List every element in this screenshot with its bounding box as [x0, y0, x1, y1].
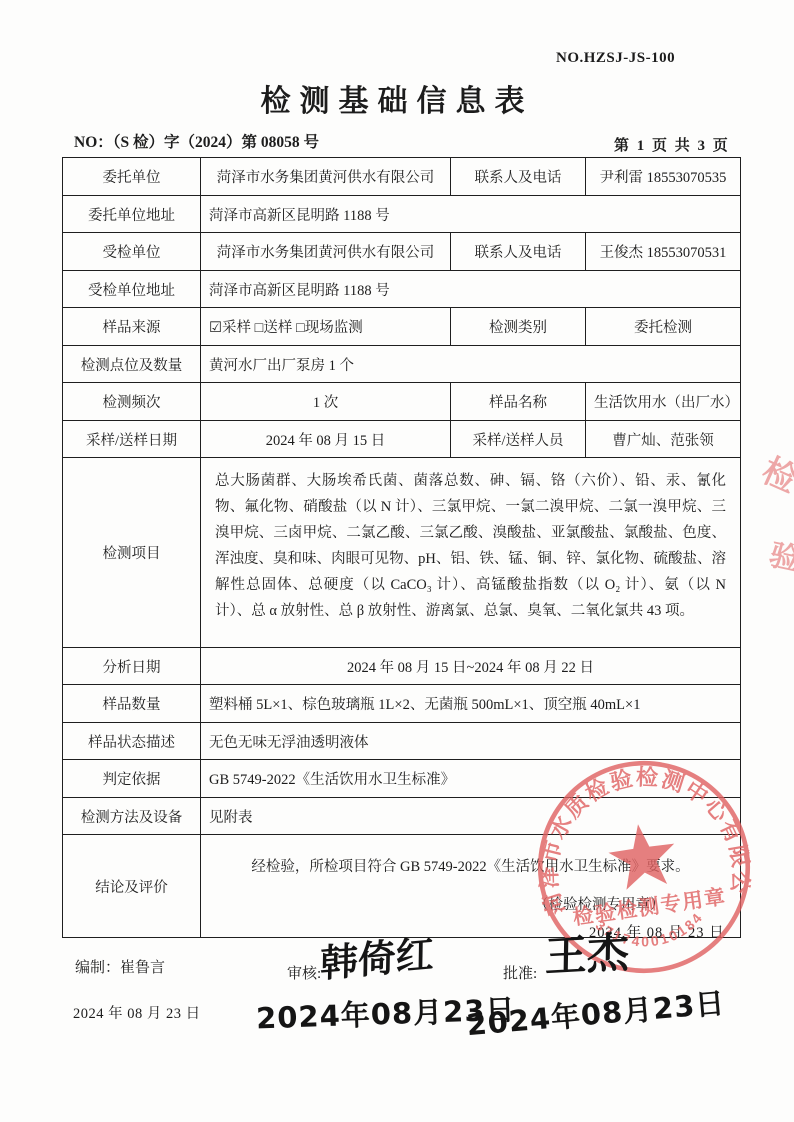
frequency-value: 1 次: [201, 383, 451, 421]
review-signature: 韩倚红: [320, 923, 435, 988]
table-row: 委托单位地址 菏泽市高新区昆明路 1188 号: [63, 196, 741, 233]
sampling-date-value: 2024 年 08 月 15 日: [201, 421, 451, 458]
sample-source-checkboxes: ☑采样 □送样 □现场监测: [201, 308, 451, 346]
info-table: 委托单位 菏泽市水务集团黄河供水有限公司 联系人及电话 尹利雷 18553070…: [62, 157, 741, 938]
approve-label: 批准:: [503, 962, 537, 983]
table-row: 样品来源 ☑采样 □送样 □现场监测 检测类别 委托检测: [63, 308, 741, 346]
table-row: 样品数量 塑料桶 5L×1、棕色玻璃瓶 1L×2、无菌瓶 500mL×1、顶空瓶…: [63, 685, 741, 723]
inspected-unit-value: 菏泽市水务集团黄河供水有限公司: [201, 233, 451, 271]
sample-name-label: 样品名称: [451, 383, 586, 421]
inspected-addr-value: 菏泽市高新区昆明路 1188 号: [201, 271, 741, 308]
table-row: 委托单位 菏泽市水务集团黄河供水有限公司 联系人及电话 尹利雷 18553070…: [63, 158, 741, 196]
test-items-value: 总大肠菌群、大肠埃希氏菌、菌落总数、砷、镉、铬（六价）、铅、汞、氰化物、氟化物、…: [201, 458, 741, 648]
method-equip-label: 检测方法及设备: [63, 798, 201, 835]
contact1-value: 尹利雷 18553070535: [586, 158, 741, 196]
compiler-name: 崔鲁言: [120, 960, 165, 976]
contact2-value: 王俊杰 18553070531: [586, 233, 741, 271]
method-equip-value: 见附表: [201, 798, 741, 835]
sample-source-label: 样品来源: [63, 308, 201, 346]
sampling-staff-value: 曹广灿、范张领: [586, 421, 741, 458]
test-items-label: 检测项目: [63, 458, 201, 648]
sample-qty-value: 塑料桶 5L×1、棕色玻璃瓶 1L×2、无菌瓶 500mL×1、顶空瓶 40mL…: [201, 685, 741, 723]
sample-state-value: 无色无味无浮油透明液体: [201, 723, 741, 760]
document-number: NO.HZSJ-JS-100: [556, 50, 756, 67]
table-row: 采样/送样日期 2024 年 08 月 15 日 采样/送样人员 曹广灿、范张领: [63, 421, 741, 458]
sample-name-value: 生活饮用水（出厂水）: [586, 383, 741, 421]
table-row: 样品状态描述 无色无味无浮油透明液体: [63, 723, 741, 760]
test-category-value: 委托检测: [586, 308, 741, 346]
inspected-unit-label: 受检单位: [63, 233, 201, 271]
table-row: 检测方法及设备 见附表: [63, 798, 741, 835]
inspected-addr-label: 受检单位地址: [63, 271, 201, 308]
test-category-label: 检测类别: [451, 308, 586, 346]
sampling-date-label: 采样/送样日期: [63, 421, 201, 458]
conclusion-text: 经检验，所检项目符合 GB 5749-2022《生活饮用水卫生标准》要求。: [201, 855, 740, 876]
table-row: 受检单位 菏泽市水务集团黄河供水有限公司 联系人及电话 王俊杰 18553070…: [63, 233, 741, 271]
page-title: 检测基础信息表: [0, 76, 794, 120]
table-row: 结论及评价 经检验，所检项目符合 GB 5749-2022《生活饮用水卫生标准》…: [63, 835, 741, 938]
analysis-date-value: 2024 年 08 月 15 日~2024 年 08 月 22 日: [201, 648, 741, 685]
edge-stamp-fragment: 检: [756, 443, 794, 502]
edge-stamp-fragment: 验: [755, 536, 794, 582]
compile-label: 编制：: [75, 960, 120, 976]
entrust-unit-value: 菏泽市水务集团黄河供水有限公司: [201, 158, 451, 196]
compile-date: 2024 年 08 月 23 日: [73, 1002, 201, 1023]
approve-signature: 王杰: [545, 920, 630, 985]
table-row: 分析日期 2024 年 08 月 15 日~2024 年 08 月 22 日: [63, 648, 741, 685]
sample-qty-label: 样品数量: [63, 685, 201, 723]
table-row: 判定依据 GB 5749-2022《生活饮用水卫生标准》: [63, 760, 741, 798]
contact2-label: 联系人及电话: [451, 233, 586, 271]
compile-block: 编制：崔鲁言: [75, 956, 165, 977]
entrust-addr-value: 菏泽市高新区昆明路 1188 号: [201, 196, 741, 233]
contact1-label: 联系人及电话: [451, 158, 586, 196]
seal-note: （检验检测专用章）: [534, 893, 665, 914]
test-points-value: 黄河水厂出厂泵房 1 个: [201, 346, 741, 383]
table-row: 检测点位及数量 黄河水厂出厂泵房 1 个: [63, 346, 741, 383]
conclusion-cell: 经检验，所检项目符合 GB 5749-2022《生活饮用水卫生标准》要求。 （检…: [201, 835, 741, 938]
entrust-unit-label: 委托单位: [63, 158, 201, 196]
sample-state-label: 样品状态描述: [63, 723, 201, 760]
report-page: NO.HZSJ-JS-100 检测基础信息表 NO：（S 检）字（2024）第 …: [0, 0, 794, 1122]
conclusion-label: 结论及评价: [63, 835, 201, 938]
review-label: 审核:: [287, 962, 321, 983]
frequency-label: 检测频次: [63, 383, 201, 421]
table-row: 检测项目 总大肠菌群、大肠埃希氏菌、菌落总数、砷、镉、铬（六价）、铅、汞、氰化物…: [63, 458, 741, 648]
judgment-basis-value: GB 5749-2022《生活饮用水卫生标准》: [201, 760, 741, 798]
page-indicator: 第 1 页 共 3 页: [614, 134, 730, 155]
analysis-date-label: 分析日期: [63, 648, 201, 685]
table-row: 受检单位地址 菏泽市高新区昆明路 1188 号: [63, 271, 741, 308]
sampling-staff-label: 采样/送样人员: [451, 421, 586, 458]
judgment-basis-label: 判定依据: [63, 760, 201, 798]
table-row: 检测频次 1 次 样品名称 生活饮用水（出厂水）: [63, 383, 741, 421]
entrust-addr-label: 委托单位地址: [63, 196, 201, 233]
record-number: NO：（S 检）字（2024）第 08058 号: [74, 130, 319, 152]
test-points-label: 检测点位及数量: [63, 346, 201, 383]
